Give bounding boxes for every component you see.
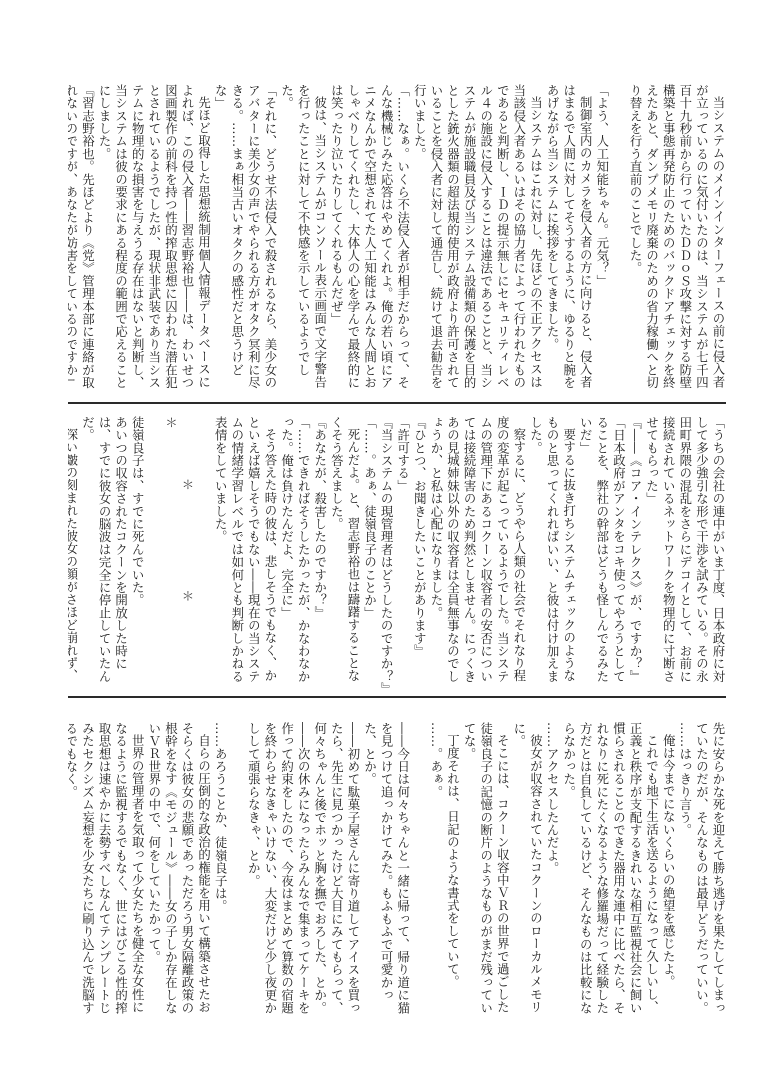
paragraph: 先ほど取得した思想統制用個人情報データベースによれば、この侵入者――習志野裕也―… (95, 84, 211, 394)
paragraph: あいつの収容されたコクーンを開放した時には、すでに彼女の脳波は完全に停止していた… (79, 416, 129, 691)
paragraph: そう答えた時の彼は、悲しそうでもなく、かといえば嬉しそうでもない――現在の当シス… (212, 416, 278, 691)
paragraph: 俺は今までにないくらいの絶望を感じたよ。 (660, 722, 677, 1022)
text-tier-top: 当システムのメインインターフェースの前に侵入者が立っているのに気付いたのは、当シ… (68, 84, 726, 394)
vertical-text-block: 当システムのメインインターフェースの前に侵入者が立っているのに気付いたのは、当シ… (68, 84, 726, 394)
paragraph: 『当システムの現管理者はどうしたのですか？』 (378, 416, 395, 691)
paragraph: ――次の休みになったらみんなで集まってケーキを作って約束をしたので、今夜はまとめ… (245, 722, 311, 1022)
paragraph: 当システムはこれに対し、先ほどの不正アクセスは当該侵入者あるいはその協力者によっ… (411, 84, 544, 394)
paragraph: 「……なぁ。いくら不法侵入者が相手だからって、そんな機械じみた応答はやめてくれよ… (328, 84, 411, 394)
tier-divider-line (68, 402, 726, 404)
paragraph: 彼女が収容されていたコクーンのローカルメモリに。 (510, 722, 543, 1022)
blank-line (610, 84, 627, 394)
paragraph: 『ひとつ、お聞きしたいことがあります』 (411, 416, 428, 691)
paragraph: 当システムのメインインターフェースの前に侵入者が立っているのに気付いたのは、当シ… (626, 84, 726, 394)
paragraph: 察するに、どうやら人類の社会でそれなり程度の変革が起こっているようでした。当シス… (427, 416, 527, 691)
paragraph: 「それに、どうせ不法侵入で殺されるなら、美少女のアバターに美少女の声でやられる方… (212, 84, 278, 394)
text-tier-middle: 「うちの会社の連中がいま丁度、日本政府に対して多少強引な形で干渉を試みている。そ… (68, 416, 726, 691)
paragraph: 『――《コア・インテレクス》が、ですか？』 (626, 416, 643, 691)
paragraph: 「日本政府がアンタをコキ使ってやろうとしてることを、弊社の幹部はどうも怪しんでる… (577, 416, 627, 691)
paragraph: 深い皺の刻まれた彼女の顔がさほど崩れず、ただ安らかに眠っているかのように見えたの… (68, 416, 79, 691)
paragraph: 「許可する」 (394, 416, 411, 691)
paragraph: 「……できればそうしたかったが、かなわなかった。俺は負けたんだよ、完全に」 (278, 416, 311, 691)
paragraph: 『あなたが、殺害したのですか？』 (311, 416, 328, 691)
paragraph: 要するに抜き打ちシステムチェックのようなものと思ってくれればいい、と彼は付け加え… (527, 416, 577, 691)
vertical-text-block: 先に安らかな死を迎えて勝ち逃げを果たしてしまっていたのだが、そんなものは最早どう… (68, 722, 726, 1022)
paragraph: これでも地下生活を送るようになって久しいし、正義と秩序が支配するきれいな相互監視… (560, 722, 660, 1022)
blank-line (145, 416, 162, 691)
vertical-text-block: 「うちの会社の連中がいま丁度、日本政府に対して多少強引な形で干渉を試みている。そ… (68, 416, 726, 691)
blank-line (228, 722, 245, 1022)
paragraph: ……。あぁ。 (427, 722, 444, 1022)
paragraph: 「うちの会社の連中がいま丁度、日本政府に対して多少強引な形で干渉を試みている。そ… (643, 416, 726, 691)
blank-line (195, 416, 212, 691)
blank-line (411, 722, 428, 1022)
paragraph: 死んだよ。と、習志野裕也は躊躇することなくそう答えました。 (328, 416, 361, 691)
paragraph: 「よう、人工知能ちゃん。元気？」 (593, 84, 610, 394)
paragraph: 先に安らかな死を迎えて勝ち逃げを果たしてしまっていたのだが、そんなものは最早どう… (693, 722, 726, 1022)
paragraph: 世界の管理者を気取って少女たちを健全な女性になるように監視するでもなく、世にはび… (68, 722, 145, 1022)
paragraph: 自らの圧倒的な政治的権能を用いて構築させたおそらくは彼女の悲願であっただろう男女… (145, 722, 211, 1022)
paragraph: 丁度それは、日記のような書式をしていて。 (444, 722, 461, 1022)
paragraph: 『習志野裕也。先ほどより《党》管理本部に連絡が取れないのですが、あなたが妨害をし… (68, 84, 95, 394)
paragraph: 彼は、当システムがコンソール表示画面で文字警告を行ったことに対して不快感を示して… (278, 84, 328, 394)
tier-divider-line (68, 696, 726, 698)
paragraph: 制御室内のカメラを侵入者の方に向けると、侵入者はまるで人間に対してそうするように… (543, 84, 593, 394)
section-break: ＊ ＊ ＊ (162, 416, 195, 691)
paragraph: ……はっきり言う。 (676, 722, 693, 1022)
paragraph: ……アクセスしたんだよ。 (543, 722, 560, 1022)
book-page: 当システムのメインインターフェースの前に侵入者が立っているのに気付いたのは、当シ… (0, 0, 772, 1080)
paragraph: ――今日は何々ちゃんと一緒に帰って、帰り道に猫を見つけて追っかけてみた。もふもふ… (361, 722, 411, 1022)
paragraph: 「……。あぁ、徒嶺良子のことか」 (361, 416, 378, 691)
text-tier-bottom: 先に安らかな死を迎えて勝ち逃げを果たしてしまっていたのだが、そんなものは最早どう… (68, 722, 726, 1022)
paragraph: ――初めて駄菓子屋さんに寄り道してアイスを買ったら、先生に見つかったけど大目にみ… (311, 722, 361, 1022)
paragraph: ……あろうことか、徒嶺良子は。 (212, 722, 229, 1022)
paragraph: そこには、コクーン収容中ＶＲの世界で過ごした徒嶺良子の記憶の断片のようなものがま… (461, 722, 511, 1022)
paragraph: 徒嶺良子は、すでに死んでいた。 (129, 416, 146, 691)
